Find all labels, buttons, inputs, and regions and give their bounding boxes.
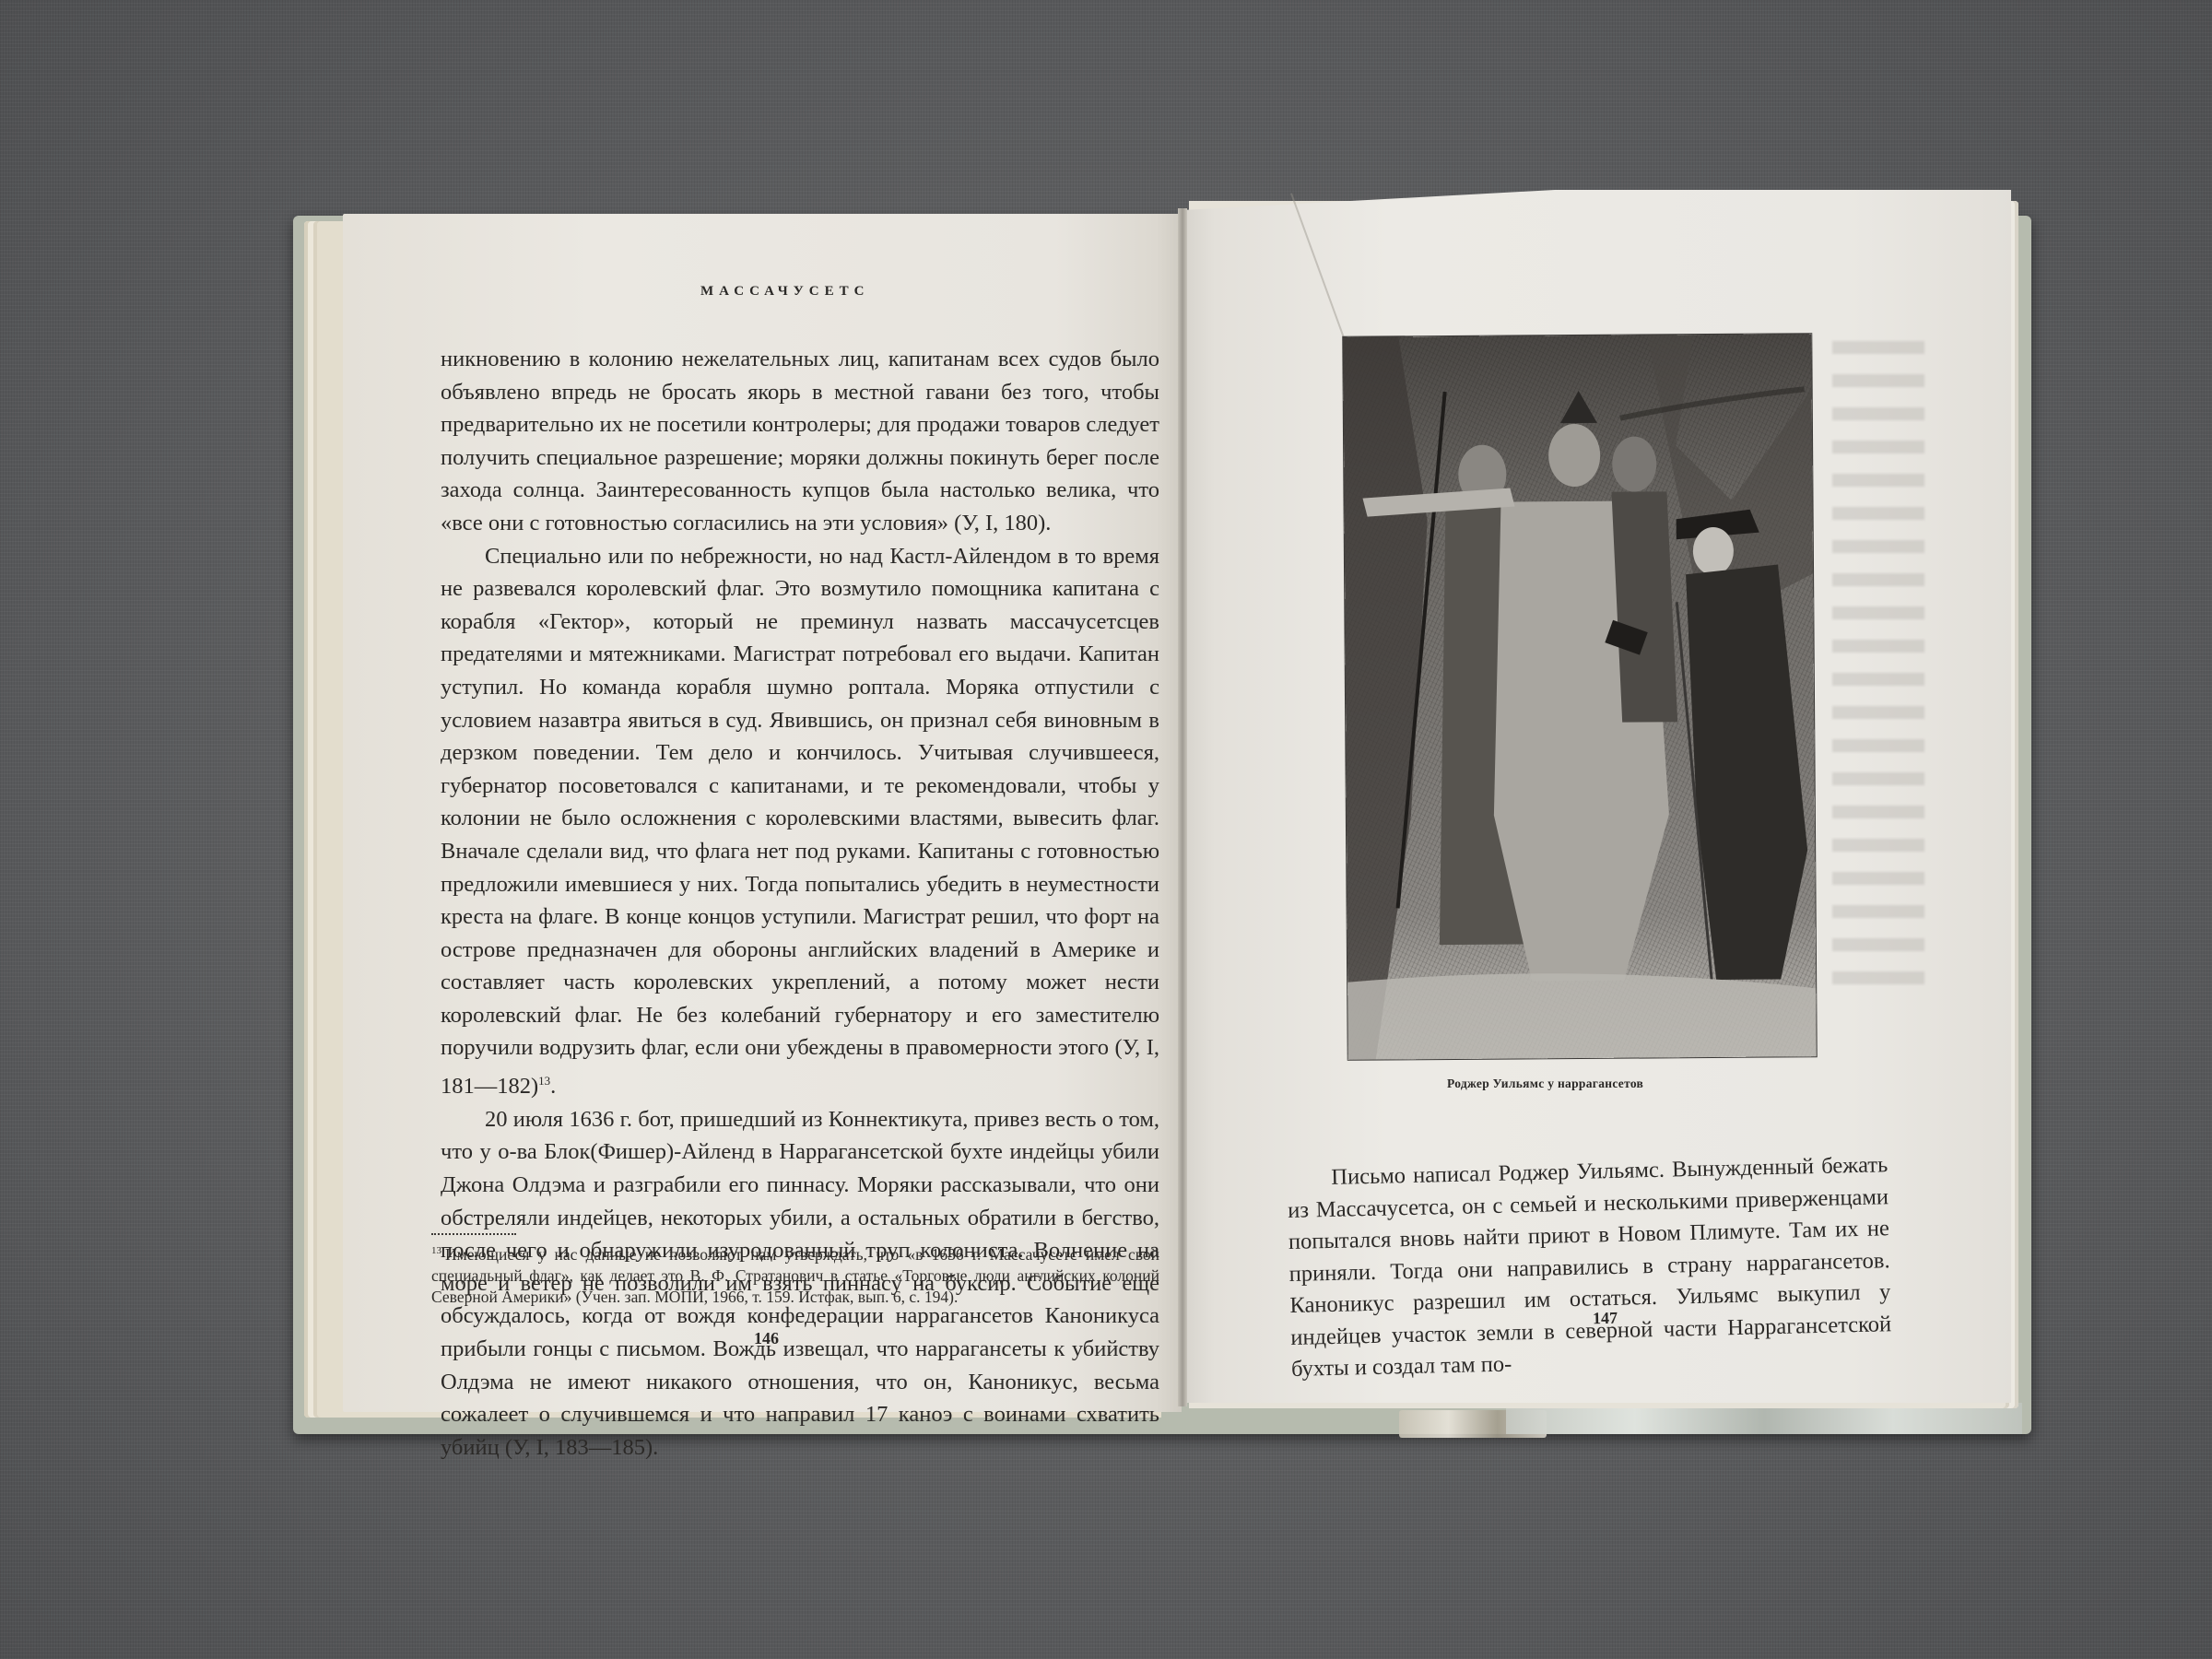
page-number-right: 147	[1593, 1309, 1618, 1328]
footnote-number: 13	[431, 1245, 441, 1256]
footnote-text: Имеющиеся у нас данные не позволяют нам …	[431, 1245, 1159, 1306]
bleed-through-text	[1832, 341, 1924, 986]
illustration-caption: Роджер Уильямс у наррагансетов	[1447, 1077, 1643, 1091]
footnote-reference[interactable]: 13	[538, 1074, 550, 1088]
book-gutter	[1178, 208, 1187, 1406]
engraving-icon	[1343, 334, 1816, 1060]
engraving-illustration	[1343, 334, 1816, 1060]
footnote: 13Имеющиеся у нас данные не позволяют на…	[431, 1241, 1159, 1308]
paragraph: Письмо написал Роджер Уильямс. Вынужденн…	[1287, 1149, 1892, 1385]
footnote-divider	[431, 1233, 516, 1235]
paragraph: никновению в колонию нежелательных лиц, …	[441, 343, 1159, 540]
page-number-left: 146	[754, 1329, 779, 1348]
running-head: МАССАЧУСЕТС	[700, 284, 869, 300]
right-page-body: Письмо написал Роджер Уильямс. Вынужденн…	[1287, 1149, 1892, 1385]
paragraph: Специально или по небрежности, но над Ка…	[441, 540, 1159, 1103]
